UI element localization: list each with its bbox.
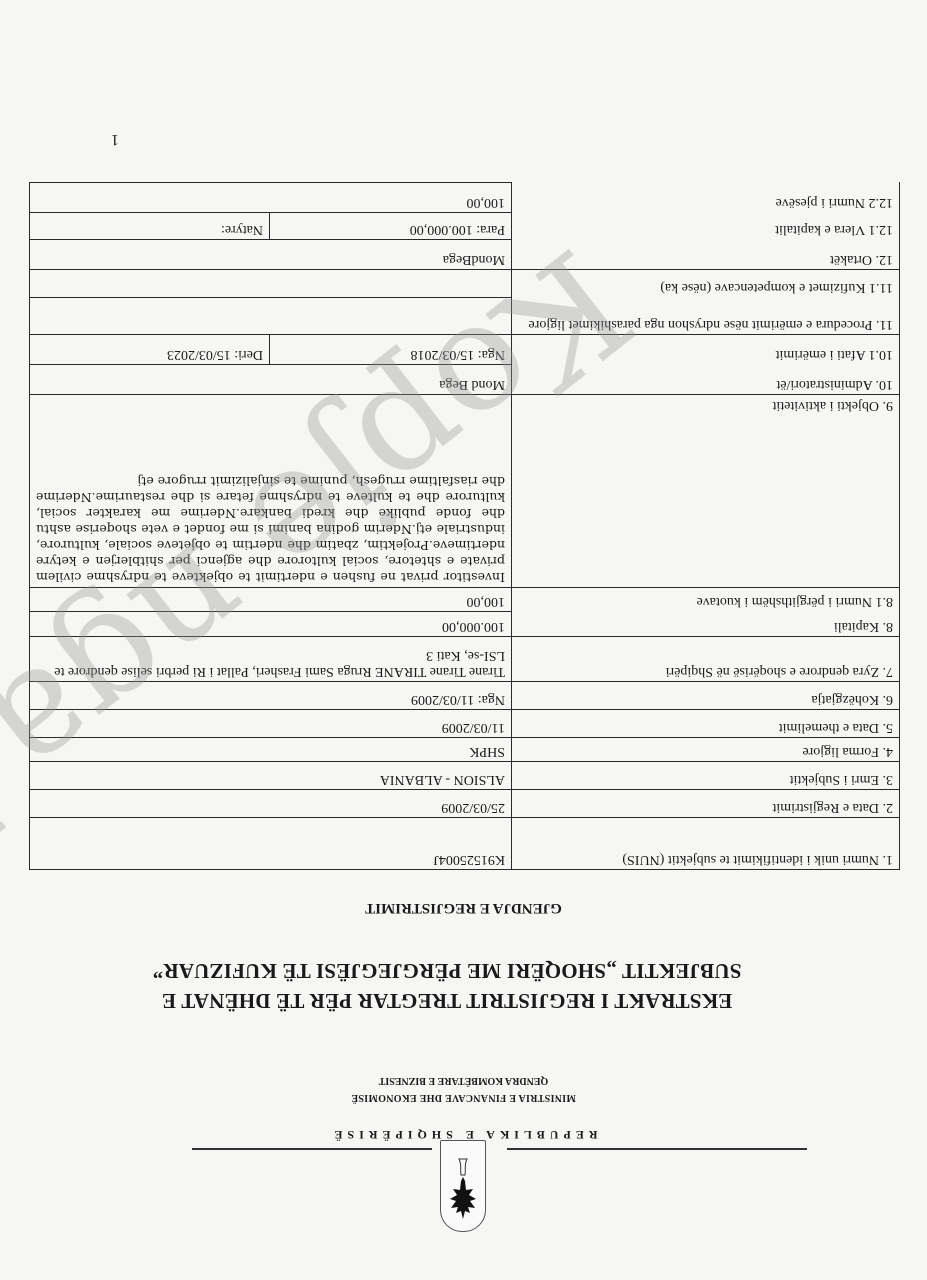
appointment-from: Nga: 15/03/2018 [270,335,512,365]
table-row: 8. Kapitali 100.000,00 [30,612,900,637]
title-line-1: EKSTRAKT I REGJISTRIT TREGTAR PËR TË DHË… [67,986,827,1016]
table-row: 4. Forma ligjore SHPK [30,738,900,762]
row-value: 25/03/2009 [30,790,512,818]
document-title: EKSTRAKT I REGJISTRIT TREGTAR PËR TË DHË… [67,956,827,1016]
row-label: 10. Administratori/ët [512,365,900,395]
row-label: 6. Kohëzgjatja [512,682,900,710]
row-label: 2. Data e Regjistrimit [512,790,900,818]
row-label: 11. Procedura e emërimit nëse ndryshon n… [512,298,900,335]
title-line-2: SUBJEKTIT „SHOQËRI ME PËRGJEGJËSI TË KUF… [67,956,827,986]
row-label: 4. Forma ligjore [512,738,900,762]
table-row: 8.1 Numri i përgjithshëm i kuotave 100,0… [30,588,900,612]
row-value: K91525004J [30,818,512,870]
row-value: 100,00 [30,588,512,612]
row-value: 100.000,00 [30,612,512,637]
row-label: 12.2 Numri i pjesëve [512,183,900,213]
table-row: 11. Procedura e emërimit nëse ndryshon n… [30,298,900,335]
row-value [30,270,512,298]
table-row: 6. Kohëzgjatja Nga: 11/03/2009 [30,682,900,710]
registration-table: 1. Numri unik i identifikimit te subjekt… [29,182,900,870]
table-row: 11.1 Kufizimet e kompetencave (nëse ka) [30,270,900,298]
table-row: 1. Numri unik i identifikimit te subjekt… [30,818,900,870]
header-rule-right [192,1149,432,1151]
table-row: 10.1 Afati i emërimit Nga: 15/03/2018 De… [30,335,900,365]
row-label: 10.1 Afati i emërimit [512,335,900,365]
document-page: REPUBLIKA E SHQIPËRISË MINISTRIA E FINAN… [0,0,927,1280]
table-row: 10. Administratori/ët Mond Bega [30,365,900,395]
row-value: 11/03/2009 [30,710,512,738]
row-label: 3. Emri i Subjektit [512,762,900,790]
row-label: 12. Ortakët [512,240,900,270]
table-row: 3. Emri i Subjektit ALSION - ALBANIA [30,762,900,790]
row-value: ALSION - ALBANIA [30,762,512,790]
section-title: GJENDJA E REGJISTRIMIT [0,899,927,916]
row-label: 11.1 Kufizimet e kompetencave (nëse ka) [512,270,900,298]
ministry-heading: MINISTRIA E FINANCAVE DHE EKONOMISË [0,1092,927,1103]
republic-heading: REPUBLIKA E SHQIPËRISË [0,1127,927,1142]
row-value: 100,00 [30,183,512,213]
table-row: 12.1 Vlera e kapitalit Para: 100.000,00 … [30,213,900,240]
row-label: 7. Zyra qendrore e shoqërisë në Shqipëri [512,637,900,682]
table-row: 12. Ortakët MondBega [30,240,900,270]
activity-description: Investitor privat ne fushen e ndertimit … [30,395,512,588]
row-label: 5. Data e themelimit [512,710,900,738]
table-row: 7. Zyra qendrore e shoqërisë në Shqipëri… [30,637,900,682]
row-label: 8. Kapitali [512,612,900,637]
capital-kind: Natyre: [30,213,270,240]
table-row: 2. Data e Regjistrimit 25/03/2009 [30,790,900,818]
table-row: 5. Data e themelimit 11/03/2009 [30,710,900,738]
row-label: 1. Numri unik i identifikimit te subjekt… [512,818,900,870]
row-value: SHPK [30,738,512,762]
center-heading: QENDRA KOMBËTARE E BIZNESIT [0,1075,927,1086]
row-label: 8.1 Numri i përgjithshëm i kuotave [512,588,900,612]
appointment-to: Deri: 15/03/2023 [30,335,270,365]
table-row: 12.2 Numri i pjesëve 100,00 [30,183,900,213]
albanian-eagle-emblem [440,1140,486,1232]
row-value: Nga: 11/03/2009 [30,682,512,710]
page-number: 1 [111,130,119,148]
row-value: Mond Bega [30,365,512,395]
row-value [30,298,512,335]
row-label: 12.1 Vlera e kapitalit [512,213,900,240]
row-value: MondBega [30,240,512,270]
table-row: 9. Objekti i aktivitetit Investitor priv… [30,395,900,588]
row-label: 9. Objekti i aktivitetit [512,395,900,588]
eagle-icon [448,1157,478,1221]
header-rule-left [507,1149,807,1151]
row-value: Tirane Tirane TIRANE Rruga Sami Frasheri… [30,637,512,682]
capital-cash: Para: 100.000,00 [270,213,512,240]
